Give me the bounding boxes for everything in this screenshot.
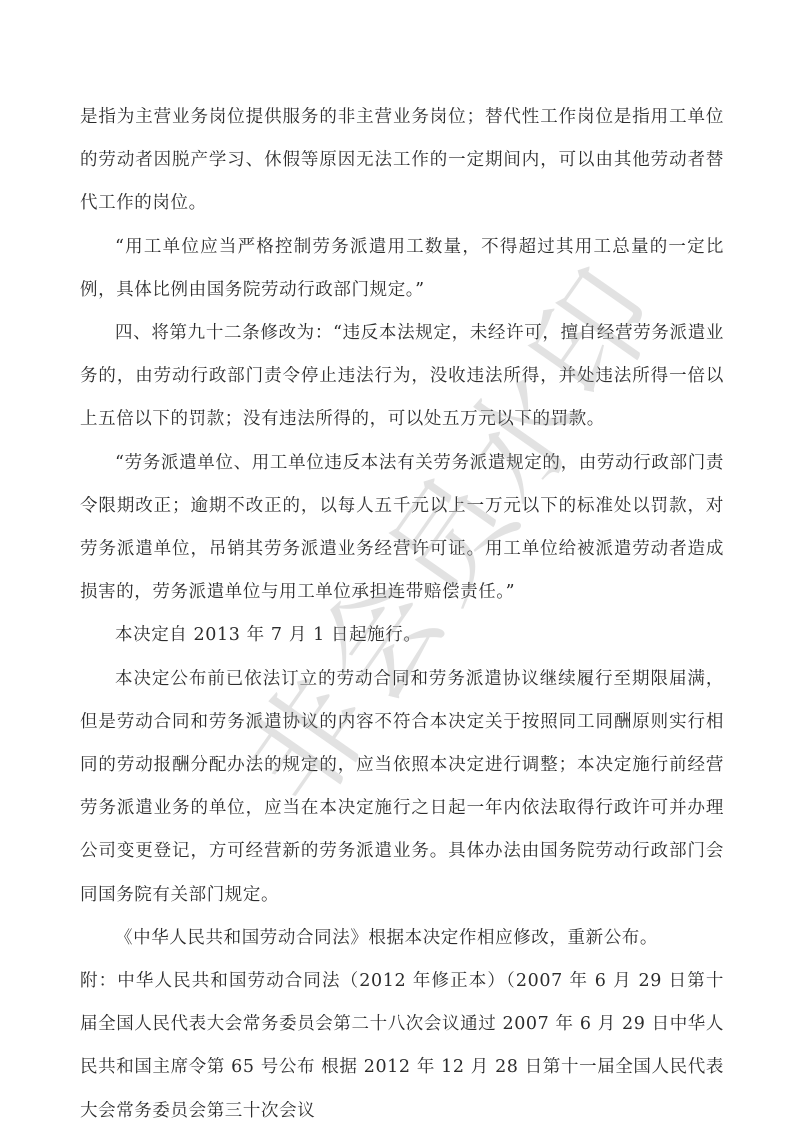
- paragraph-republication: 《中华人民共和国劳动合同法》根据本决定作相应修改，重新公布。: [80, 917, 724, 960]
- paragraph-dispatch-ratio: “用工单位应当严格控制劳务派遣用工数量，不得超过其用工总量的一定比例，具体比例由…: [80, 226, 724, 312]
- paragraph-transition-rules: 本决定公布前已依法订立的劳动合同和劳务派遣协议继续履行至期限届满，但是劳动合同和…: [80, 658, 724, 917]
- paragraph-article-92: 四、将第九十二条修改为：“违反本法规定，未经许可，擅自经营劳务派遣业务的，由劳动…: [80, 312, 724, 442]
- document-page: 是指为主营业务岗位提供服务的非主营业务岗位；替代性工作岗位是指用工单位的劳动者因…: [0, 0, 800, 1131]
- document-body: 是指为主营业务岗位提供服务的非主营业务岗位；替代性工作岗位是指用工单位的劳动者因…: [80, 96, 724, 1131]
- paragraph-effective-date: 本决定自 2013 年 7 月 1 日起施行。: [80, 614, 724, 657]
- paragraph-appendix: 附：中华人民共和国劳动合同法（2012 年修正本）（2007 年 6 月 29 …: [80, 960, 724, 1131]
- paragraph-job-definition: 是指为主营业务岗位提供服务的非主营业务岗位；替代性工作岗位是指用工单位的劳动者因…: [80, 96, 724, 226]
- paragraph-penalties: “劳务派遣单位、用工单位违反本法有关劳务派遣规定的，由劳动行政部门责令限期改正；…: [80, 442, 724, 615]
